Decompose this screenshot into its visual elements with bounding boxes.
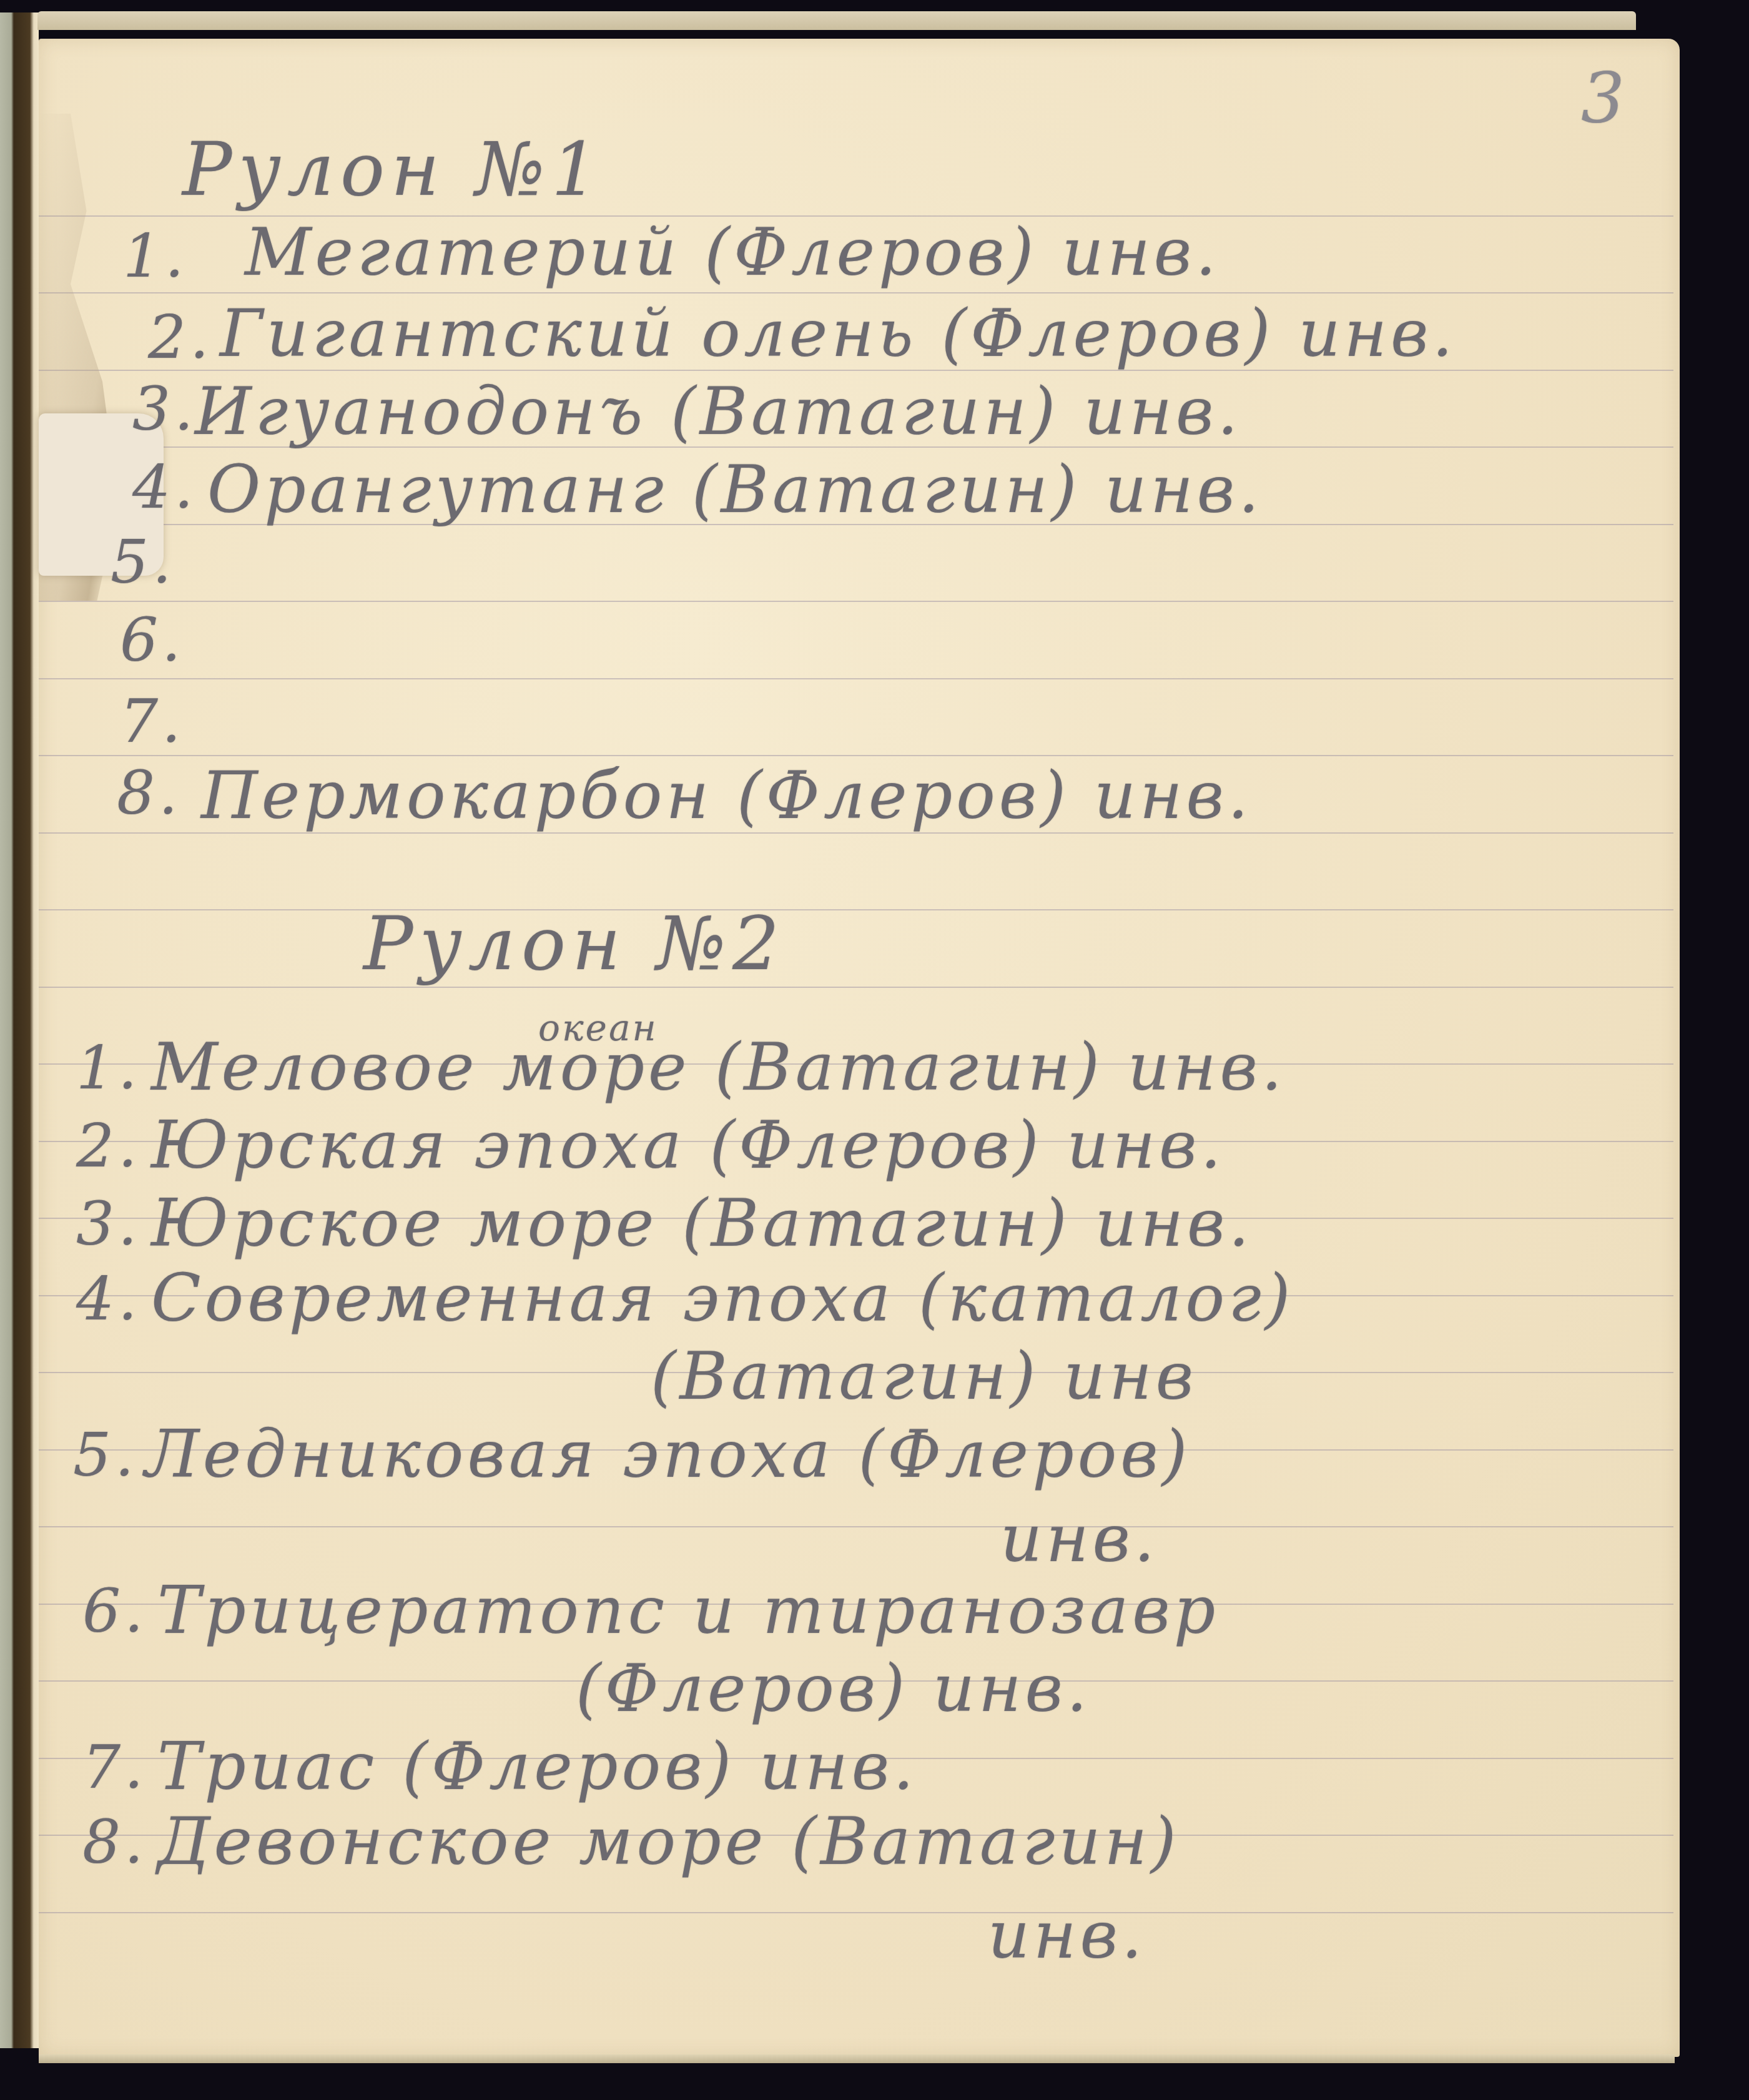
ruled-line <box>39 1912 1673 1913</box>
page-number: 3 <box>1581 64 1628 132</box>
ruled-line <box>39 1526 1673 1527</box>
list-item: Трицератопс и тиранозавр <box>157 1578 1219 1643</box>
list-item: Меловое море (Ватагин) инв. <box>151 1035 1286 1100</box>
item-number: 3. <box>132 379 197 439</box>
list-item-continuation: (Флеров) инв. <box>576 1656 1091 1721</box>
notebook-page: 3 Рулон №1 1. Мегатерий (Флеров) инв. 2.… <box>39 39 1680 2057</box>
list-item: Орангутанг (Ватагин) инв. <box>207 457 1263 522</box>
item-number: 5. <box>73 1425 138 1485</box>
list-item: Современная эпоха (каталог) <box>151 1266 1294 1331</box>
item-number: 1. <box>123 226 188 286</box>
section-1-title: Рулон №1 <box>182 132 604 206</box>
item-number: 6. <box>120 610 185 670</box>
item-number: 4. <box>76 1269 141 1329</box>
ruled-line <box>39 909 1673 910</box>
item-number: 8. <box>117 763 182 823</box>
item-number: 5. <box>111 532 175 592</box>
item-number: 2. <box>76 1116 141 1176</box>
item-number: 1. <box>76 1038 141 1098</box>
section-2-title: Рулон №2 <box>363 907 786 980</box>
item-number: 3. <box>76 1194 141 1254</box>
list-item: Гигантский олень (Флеров) инв. <box>220 301 1457 366</box>
ruled-line <box>39 755 1673 756</box>
item-number: 4. <box>132 457 197 517</box>
item-number: 8. <box>82 1812 147 1872</box>
list-item: Игуанодонъ (Ватагин) инв. <box>195 379 1241 444</box>
item-number: 7. <box>82 1737 147 1797</box>
list-item: Юрское море (Ватагин) инв. <box>151 1191 1253 1256</box>
page-stack-edge <box>37 11 1636 30</box>
ruled-line <box>39 987 1673 988</box>
ruled-line <box>39 678 1673 679</box>
list-item-continuation: (Ватагин) инв <box>651 1344 1197 1409</box>
list-item: Пермокарбон (Флеров) инв. <box>201 763 1252 828</box>
ruled-line <box>39 601 1673 602</box>
item-number: 6. <box>82 1581 147 1641</box>
list-item: Триас (Флеров) инв. <box>157 1734 917 1799</box>
item-number: 2. <box>148 307 213 367</box>
notebook-spine <box>0 12 39 2048</box>
list-item: Юрская эпоха (Флеров) инв. <box>151 1113 1225 1178</box>
page-stack-bottom-edge <box>39 2054 1675 2063</box>
list-item: Девонское море (Ватагин) <box>157 1809 1180 1874</box>
item-number: 7. <box>120 691 185 751</box>
list-item-continuation: инв. <box>988 1903 1146 1968</box>
list-item-continuation: инв. <box>1000 1506 1158 1571</box>
list-item: Ледниковая эпоха (Флеров) <box>145 1422 1191 1487</box>
list-item: Мегатерий (Флеров) инв. <box>245 220 1219 285</box>
ruled-line <box>39 292 1673 293</box>
